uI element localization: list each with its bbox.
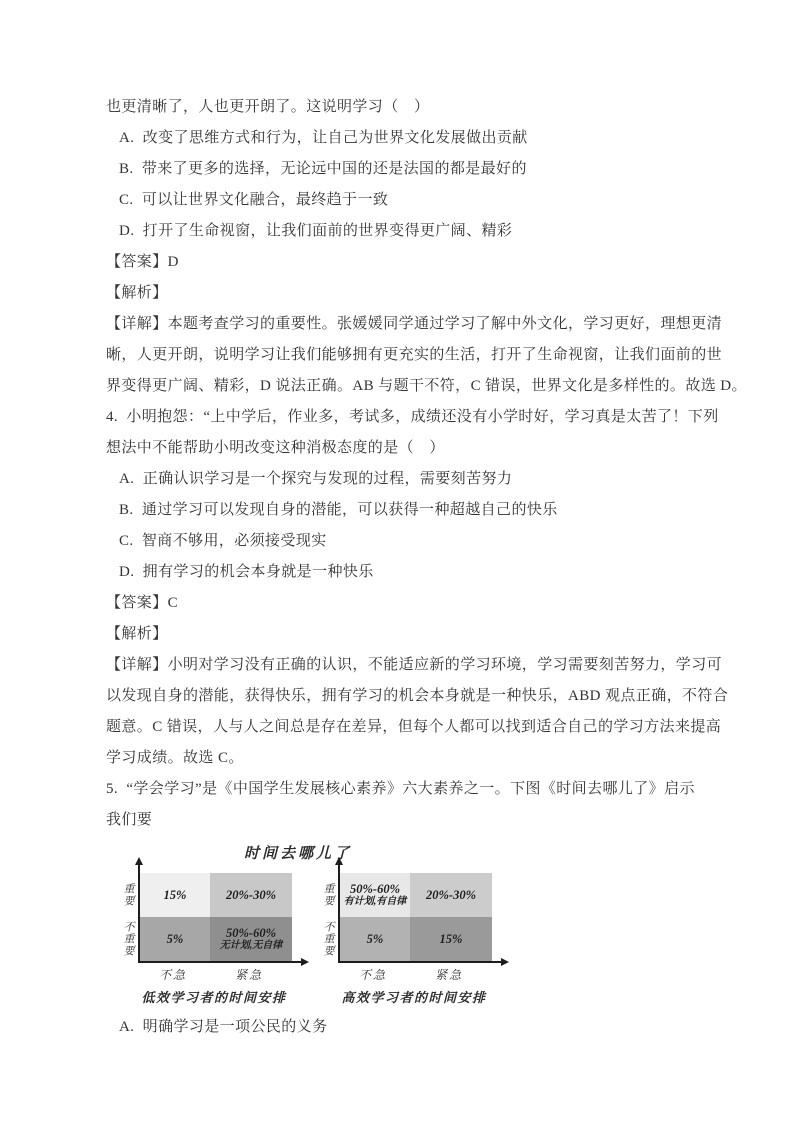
charts-row: 重要 不重要 15% 20%-3 <box>118 864 548 1006</box>
cell-value: 20%-30% <box>426 888 476 902</box>
y-axis-line <box>138 865 140 873</box>
explanation-line: 学习成绩。故选 C。 <box>106 743 686 774</box>
quadrant-cell-notimportant-urgent: 15% <box>410 917 492 961</box>
analysis-label-q3: 【解析】 <box>106 278 686 309</box>
question-4-line: 想法中不能帮助小明改变这种消极态度的是（ ） <box>106 433 686 464</box>
option-b-q4: B. 通过学习可以发现自身的潜能，可以获得一种超越自己的快乐 <box>106 495 686 526</box>
chart-caption-inefficient: 低效学习者的时间安排 <box>126 987 302 1006</box>
plot-area: 50%-60% 有计划,有自律 20%-30% 5% 15% <box>338 873 492 963</box>
question-5-line: 我们要 <box>106 805 686 836</box>
option-d-q4: D. 拥有学习的机会本身就是一种快乐 <box>106 557 686 588</box>
answer-label-q4: 【答案】C <box>106 588 686 619</box>
plot-area-wrap: 50%-60% 有计划,有自律 20%-30% 5% 15% <box>338 864 504 1006</box>
scanned-exam-page: 也更清晰了，人也更开朗了。这说明学习（ ） A. 改变了思维方式和行为，让自己为… <box>0 0 793 1122</box>
cell-value: 15% <box>164 888 187 902</box>
y-axis-label-important: 重要 <box>118 873 138 917</box>
answer-label-q3: 【答案】D <box>106 247 686 278</box>
document-content: 也更清晰了，人也更开朗了。这说明学习（ ） A. 改变了思维方式和行为，让自己为… <box>106 92 686 1043</box>
y-axis-label-not-important: 不重要 <box>318 917 338 961</box>
x-axis-arrow-icon <box>301 958 309 966</box>
analysis-label-q4: 【解析】 <box>106 619 686 650</box>
quadrant-cell-notimportant-urgent: 50%-60% 无计划,无自律 <box>210 917 292 961</box>
time-chart-figure: 时间去哪儿了 重要 不重要 <box>118 842 548 1010</box>
explanation-line: 【详解】小明对学习没有正确的认识，不能适应新的学习环境，学习需要刻苦努力，学习可 <box>106 650 686 681</box>
x-axis-line <box>492 961 501 963</box>
explanation-line: 晰，人更开朗，说明学习让我们能够拥有更充实的生活，打开了生命视窗，让我们面前的世 <box>106 340 686 371</box>
plot-area: 15% 20%-30% 5% 50%-60% 无计划,无自律 <box>138 873 292 963</box>
option-c-q3: C. 可以让世界文化融合，最终趋于一致 <box>106 185 686 216</box>
y-axis-arrow-icon <box>135 857 143 865</box>
question-4-line: 4. 小明抱怨：“上中学后，作业多，考试多，成绩还没有小学时好，学习真是太苦了！… <box>106 402 686 433</box>
y-axis-label-important: 重要 <box>318 873 338 917</box>
question-5-line: 5. “学会学习”是《中国学生发展核心素养》六大素养之一。下图《时间去哪儿了》启… <box>106 774 686 805</box>
x-axis-label-noturgent: 不急 <box>338 966 408 983</box>
question-continuation-line: 也更清晰了，人也更开朗了。这说明学习（ ） <box>106 92 686 123</box>
x-axis-labels: 不急 紧急 <box>338 966 490 983</box>
cell-value: 15% <box>440 932 463 946</box>
option-c-q4: C. 智商不够用，必须接受现实 <box>106 526 686 557</box>
option-b-q3: B. 带来了更多的选择，无论远中国的还是法国的都是最好的 <box>106 154 686 185</box>
option-a-q3: A. 改变了思维方式和行为，让自己为世界文化发展做出贡献 <box>106 123 686 154</box>
plot-area-wrap: 15% 20%-30% 5% 50%-60% 无计划,无自律 <box>138 864 304 1006</box>
quadrant-chart-inefficient: 重要 不重要 15% 20%-3 <box>118 864 304 1006</box>
option-a-q4: A. 正确认识学习是一个探究与发现的过程，需要刻苦努力 <box>106 464 686 495</box>
x-axis-line <box>292 961 301 963</box>
cell-value: 50%-60% <box>350 882 400 896</box>
explanation-line: 界变得更广阔、精彩，D 说法正确。AB 与题干不符，C 错误，世界文化是多样性的… <box>106 371 686 402</box>
quadrant-cell-notimportant-noturgent: 5% <box>340 917 410 961</box>
cell-value: 50%-60% <box>226 926 276 940</box>
cell-value: 5% <box>167 932 184 946</box>
x-axis-label-noturgent: 不急 <box>138 966 208 983</box>
quadrant-cell-important-urgent: 20%-30% <box>410 873 492 917</box>
y-axis-label-not-important: 不重要 <box>118 917 138 961</box>
x-axis-label-urgent: 紧急 <box>208 966 290 983</box>
y-axis-arrow-icon <box>335 857 343 865</box>
quadrant-cell-important-noturgent: 50%-60% 有计划,有自律 <box>340 873 410 917</box>
cell-note: 有计划,有自律 <box>344 896 407 908</box>
cell-value: 5% <box>367 932 384 946</box>
quadrant-cell-important-noturgent: 15% <box>140 873 210 917</box>
chart-title: 时间去哪儿了 <box>118 842 548 864</box>
quadrant-chart-efficient: 重要 不重要 50%-60% 有计划,有自律 <box>318 864 504 1006</box>
y-axis-line <box>338 865 340 873</box>
option-d-q3: D. 打开了生命视窗，让我们面前的世界变得更广阔、精彩 <box>106 216 686 247</box>
chart-caption-efficient: 高效学习者的时间安排 <box>326 987 502 1006</box>
quadrant-cell-important-urgent: 20%-30% <box>210 873 292 917</box>
x-axis-label-urgent: 紧急 <box>408 966 490 983</box>
quadrant-cell-notimportant-noturgent: 5% <box>140 917 210 961</box>
cell-note: 无计划,无自律 <box>220 940 283 952</box>
explanation-line: 【详解】本题考查学习的重要性。张媛媛同学通过学习了解中外文化，学习更好，理想更清 <box>106 309 686 340</box>
x-axis-arrow-icon <box>501 958 509 966</box>
cell-value: 20%-30% <box>226 888 276 902</box>
explanation-line: 以发现自身的潜能，获得快乐，拥有学习的机会本身就是一种快乐，ABD 观点正确，不… <box>106 681 686 712</box>
option-a-q5: A. 明确学习是一项公民的义务 <box>106 1012 686 1043</box>
x-axis-labels: 不急 紧急 <box>138 966 290 983</box>
explanation-line: 题意。C 错误，人与人之间总是存在差异，但每个人都可以找到适合自己的学习方法来提… <box>106 712 686 743</box>
